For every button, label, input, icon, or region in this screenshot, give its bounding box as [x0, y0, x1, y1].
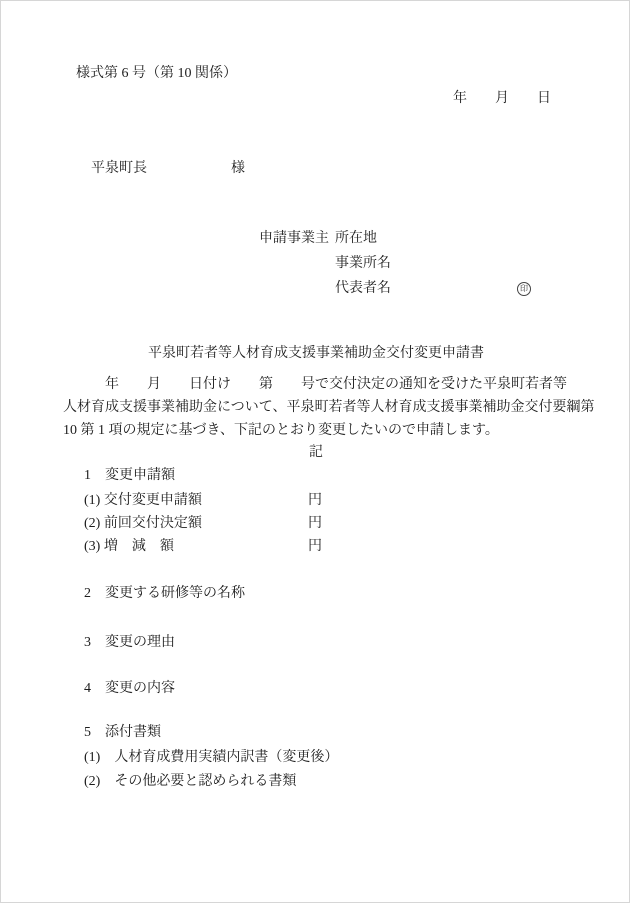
section-5-item-1: (1) 人材育成費用実績内訳書（変更後）: [84, 749, 338, 767]
section-1-item-3: (3) 増 減 額 円: [84, 538, 174, 556]
form-number: 様式第 6 号（第 10 関係）: [76, 65, 237, 83]
section-1-item-1-unit: 円: [308, 492, 322, 510]
section-5-item-1-label: (1) 人材育成費用実績内訳書（変更後）: [84, 750, 338, 765]
section-5-heading: 5 添付書類: [84, 724, 161, 742]
applicant-address-label: 所在地: [335, 230, 377, 248]
section-2-heading: 2 変更する研修等の名称: [84, 585, 245, 603]
section-1-item-3-label: (3) 増 減 額: [84, 539, 174, 554]
body-line-3: 10 第 1 項の規定に基づき、下記のとおり変更したいので申請します。: [63, 419, 575, 442]
record-mark: 記: [1, 444, 630, 462]
addressee-line: 平泉町長 様: [91, 160, 147, 178]
section-1-item-3-unit: 円: [308, 538, 322, 556]
applicant-label: 申請事業主: [259, 230, 329, 248]
applicant-representative-label: 代表者名: [335, 280, 391, 298]
document-title: 平泉町若者等人材育成支援事業補助金交付変更申請書: [1, 345, 630, 363]
section-5-item-2-label: (2) その他必要と認められる書類: [84, 774, 296, 789]
section-1-item-1-label: (1) 交付変更申請額: [84, 493, 202, 508]
section-1-item-2: (2) 前回交付決定額 円: [84, 515, 202, 533]
inkan-seal-icon: 印: [517, 282, 531, 296]
body-paragraph: 年 月 日付け 第 号で交付決定の通知を受けた平泉町若者等 人材育成支援事業補助…: [63, 373, 575, 442]
addressee-name: 平泉町長: [91, 161, 147, 176]
section-4-heading: 4 変更の内容: [84, 680, 175, 698]
section-1-item-1: (1) 交付変更申請額 円: [84, 492, 202, 510]
date-line: 年 月 日: [453, 90, 551, 108]
body-line-2: 人材育成支援事業補助金について、平泉町若者等人材育成支援事業補助金交付要綱第: [63, 396, 575, 419]
applicant-office-name-label: 事業所名: [335, 255, 391, 273]
application-form-page: 様式第 6 号（第 10 関係） 年 月 日 平泉町長 様 申請事業主 所在地 …: [0, 0, 630, 903]
body-line-1: 年 月 日付け 第 号で交付決定の通知を受けた平泉町若者等: [63, 373, 575, 396]
section-1-item-2-unit: 円: [308, 515, 322, 533]
section-1-heading: 1 変更申請額: [84, 467, 175, 485]
addressee-honorific: 様: [231, 160, 245, 178]
section-3-heading: 3 変更の理由: [84, 634, 175, 652]
section-1-item-2-label: (2) 前回交付決定額: [84, 516, 202, 531]
section-5-item-2: (2) その他必要と認められる書類: [84, 773, 296, 791]
